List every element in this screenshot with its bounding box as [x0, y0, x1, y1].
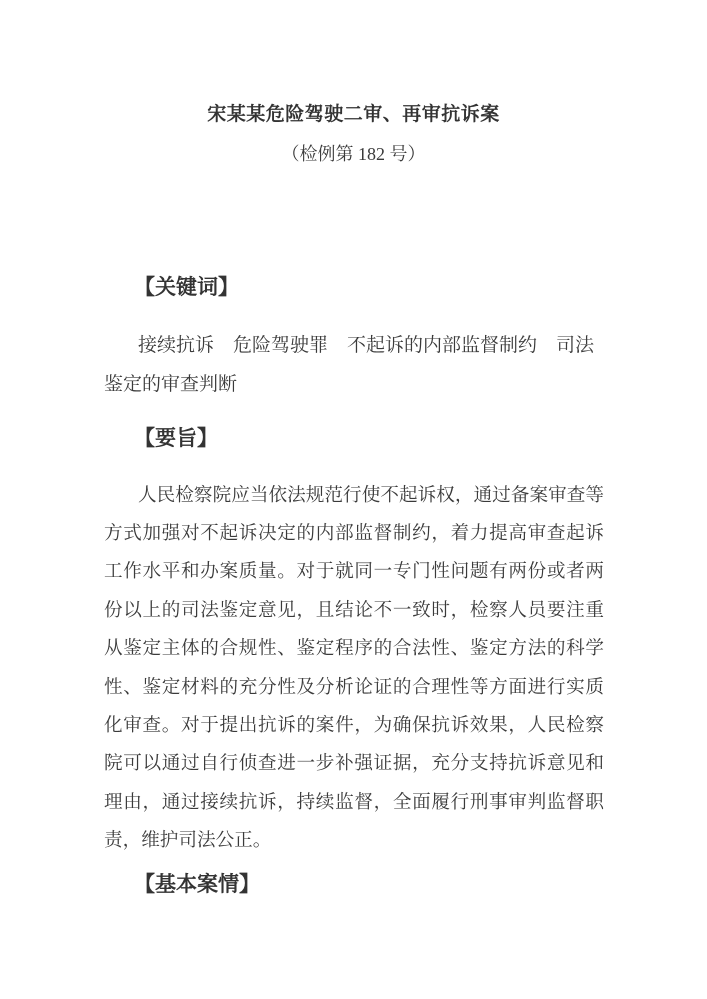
- document-page: 宋某某危险驾驶二审、再审抗诉案 （检例第 182 号） 【关键词】 接续抗诉 危…: [0, 0, 707, 999]
- gist-paragraph: 人民检察院应当依法规范行使不起诉权，通过备案审查等方式加强对不起诉决定的内部监督…: [104, 476, 604, 860]
- document-title: 宋某某危险驾驶二审、再审抗诉案: [0, 101, 707, 129]
- section-heading-keywords: 【关键词】: [104, 273, 604, 303]
- keywords-text: 接续抗诉 危险驾驶罪 不起诉的内部监督制约 司法鉴定的审查判断: [104, 327, 604, 404]
- case-number: （检例第 182 号）: [0, 141, 707, 167]
- section-heading-basic-facts: 【基本案情】: [104, 870, 604, 900]
- section-heading-gist: 【要旨】: [104, 424, 604, 454]
